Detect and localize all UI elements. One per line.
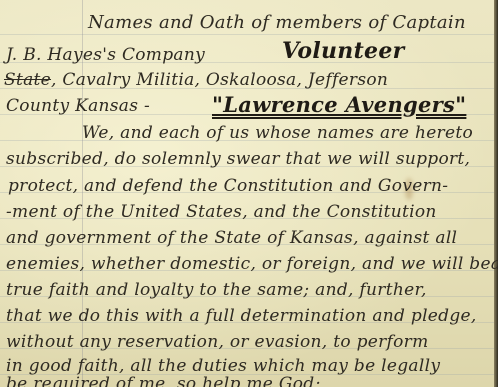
heading-line-1: Names and Oath of members of Captain — [88, 12, 466, 33]
heading-line-3: State, Cavalry Militia, Oskaloosa, Jeffe… — [4, 70, 388, 90]
oath-line-11: be required of me, so help me God; — [6, 374, 321, 387]
volunteer-word: Volunteer — [282, 38, 405, 64]
oath-line-8: that we do this with a full determinatio… — [6, 306, 477, 326]
oath-line-3: protect, and defend the Constitution and… — [8, 176, 448, 196]
heading-line-2: J. B. Hayes's Company — [6, 45, 205, 65]
oath-line-4: -ment of the United States, and the Cons… — [6, 202, 437, 222]
oath-line-2: subscribed, do solemnly swear that we wi… — [6, 149, 470, 169]
company-name: "Lawrence Avengers" — [212, 92, 466, 117]
heading-line-4: County Kansas - — [6, 96, 150, 116]
document-page: Names and Oath of members of Captain J. … — [0, 0, 498, 387]
ruled-line — [0, 34, 498, 35]
page-edge — [494, 0, 498, 387]
oath-line-5: and government of the State of Kansas, a… — [6, 228, 457, 248]
struck-word: State — [4, 70, 51, 90]
oath-line-6: enemies, whether domestic, or foreign, a… — [6, 254, 498, 274]
oath-line-9: without any reservation, or evasion, to … — [6, 332, 429, 352]
oath-line-1: We, and each of us whose names are heret… — [82, 123, 473, 143]
oath-line-7: true faith and loyalty to the same; and,… — [6, 280, 427, 300]
oath-line-10: in good faith, all the duties which may … — [6, 356, 440, 376]
